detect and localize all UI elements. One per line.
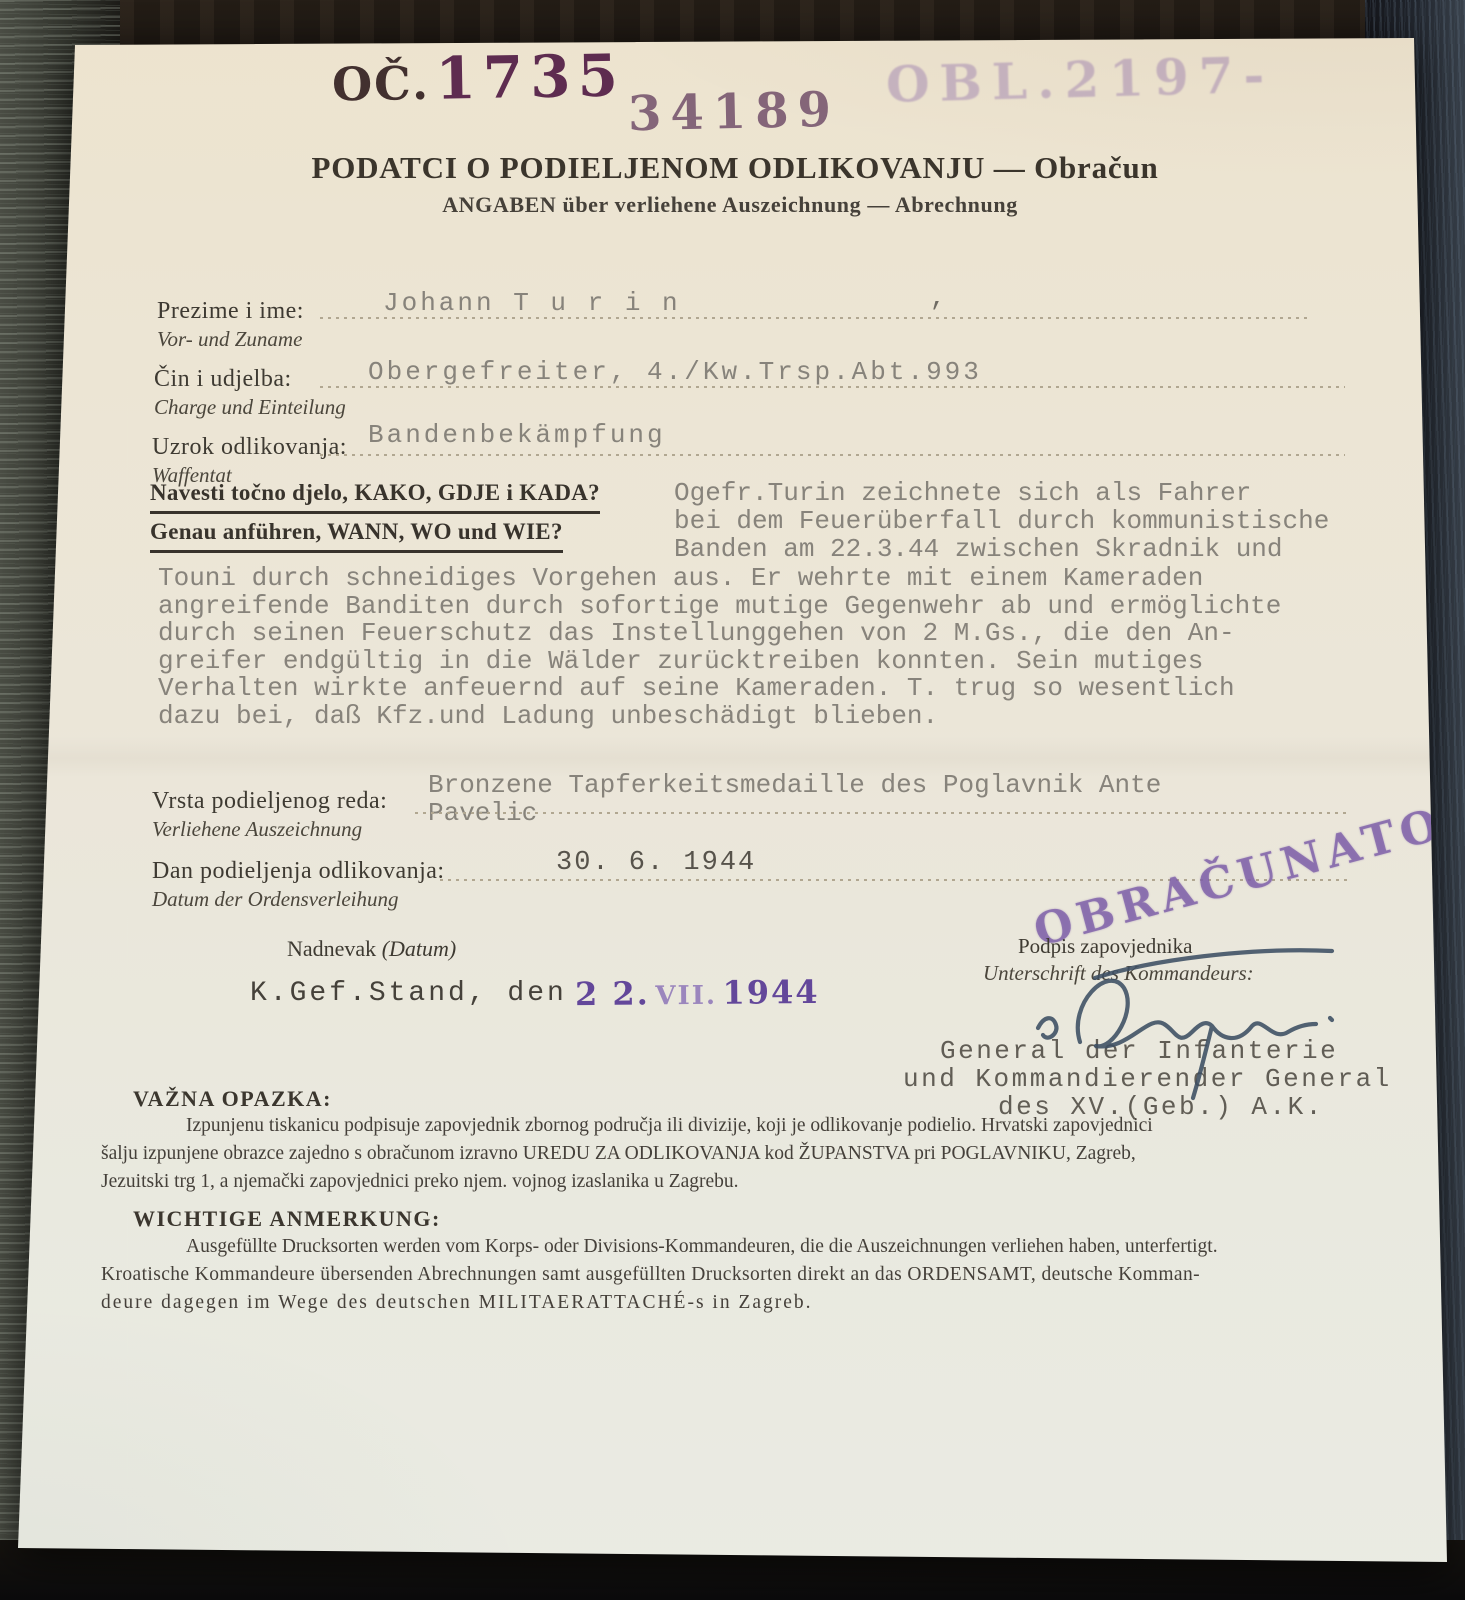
field-label-award-date-hr: Dan podieljenja odlikovanja: <box>152 858 445 885</box>
field-label-name-hr: Prezime i ime: <box>157 298 304 325</box>
field-value-award-date: 30. 6. 1944 <box>556 848 756 878</box>
stamp-issue-month: VII. <box>655 981 717 1012</box>
field-label-award-de: Verliehene Auszeichnung <box>152 817 362 842</box>
signature-typed-line: General der Infanterie <box>940 1036 1338 1066</box>
field-label-rank-hr: Čin i udjelba: <box>154 366 292 393</box>
note-heading-croatian: VAŽNA OPAZKA: <box>133 1086 332 1112</box>
form-title-german: ANGABEN über verliehene Auszeichnung — A… <box>442 192 1018 218</box>
note-line-de: Ausgefüllte Drucksorten werden vom Korps… <box>186 1236 1218 1258</box>
deed-question-croatian: Navesti točno djelo, KAKO, GDJE i KADA? <box>150 480 600 514</box>
paper-sheet: OČ. 1735 34189 OBL.2197- PODATCI O PODIE… <box>0 0 1465 1600</box>
scanned-document-photo: OČ. 1735 34189 OBL.2197- PODATCI O PODIE… <box>0 0 1465 1600</box>
note-line-de: deure dagegen im Wege des deutschen MILI… <box>101 1292 813 1314</box>
signature-typed-line: und Kommandierender General <box>903 1064 1392 1094</box>
signature-ink <box>1000 920 1380 1120</box>
signature-label-de: Unterschrift des Kommandeurs: <box>983 961 1254 986</box>
stamp-oc-prefix: OČ. <box>332 56 431 112</box>
field-label-rank-de: Charge und Einteilung <box>154 395 346 420</box>
deed-typed-line: dazu bei, daß Kfz.und Ladung unbeschädig… <box>158 701 938 731</box>
deed-typed-line: Touni durch schneidiges Vorgehen aus. Er… <box>158 563 1203 593</box>
stamp-serial-number: 34189 <box>627 82 840 142</box>
field-label-name-de: Vor- und Zuname <box>157 327 302 352</box>
issue-place-typed: K.Gef.Stand, den <box>250 978 567 1009</box>
stamp-issue-day: 2 2. <box>575 974 650 1013</box>
field-label-reason-hr: Uzrok odlikovanja: <box>152 434 347 461</box>
deed-typed-line: bei dem Feuerüberfall durch kommunistisc… <box>674 506 1329 536</box>
stamp-obracunato: OBRAČUNATO <box>1029 798 1450 957</box>
stray-comma-mark: , <box>930 283 946 313</box>
dotted-rule-name <box>320 317 1312 319</box>
note-heading-german: WICHTIGE ANMERKUNG: <box>133 1206 441 1232</box>
signature-dot <box>1330 1018 1332 1020</box>
note-line-hr: Jezuitski trg 1, a njemački zapovjednici… <box>101 1171 739 1193</box>
note-line-hr: šalju izpunjene obrazce zajedno s obraču… <box>101 1143 1136 1165</box>
deed-typed-line: durch seinen Feuerschutz das Instellungg… <box>158 618 1235 648</box>
dotted-rule-rank <box>320 386 1345 388</box>
stamp-obl-number: OBL.2197- <box>885 45 1275 114</box>
deed-question-german: Genau anführen, WANN, WO und WIE? <box>150 519 563 553</box>
form-title-croatian: PODATCI O PODIELJENOM ODLIKOVANJU — Obra… <box>311 150 1158 186</box>
dotted-rule-award-date <box>440 879 1348 881</box>
signature-main-stroke <box>1078 981 1316 1098</box>
deed-typed-line: Banden am 22.3.44 zwischen Skradnik und <box>674 534 1283 564</box>
signature-flourish-stroke <box>1095 950 1332 978</box>
stamp-oc-number: OČ. 1735 <box>331 41 625 114</box>
field-label-reason-de: Waffentat <box>152 463 232 488</box>
stamp-issue-date: 2 2. VII. 1944 <box>575 973 820 1013</box>
issue-date-label-hr: Nadnevak <box>287 936 376 961</box>
signature-initial-stroke <box>1038 1018 1056 1037</box>
field-value-rank: Obergefreiter, 4./Kw.Trsp.Abt.993 <box>368 357 982 387</box>
field-value-reason: Bandenbekämpfung <box>368 420 666 450</box>
issue-date-label-paren: (Datum) <box>382 936 457 961</box>
signature-typed-line: des XV.(Geb.) A.K. <box>998 1092 1324 1122</box>
field-value-award-line2: Pavelic <box>428 798 537 828</box>
deed-typed-line: greifer endgültig in die Wälder zurücktr… <box>158 646 1203 676</box>
signature-label-hr: Podpis zapovjednika <box>1018 934 1192 959</box>
deed-typed-line: angreifende Banditen durch sofortige mut… <box>158 591 1281 621</box>
paper-sheet-wrapper: OČ. 1735 34189 OBL.2197- PODATCI O PODIE… <box>0 0 1465 1600</box>
field-value-award-line1: Bronzene Tapferkeitsmedaille des Poglavn… <box>428 770 1161 800</box>
field-label-award-hr: Vrsta podieljenog reda: <box>152 788 387 815</box>
note-line-hr: Izpunjenu tiskanicu podpisuje zapovjedni… <box>186 1115 1153 1137</box>
issue-date-label: Nadnevak (Datum) <box>287 936 456 962</box>
dotted-rule-reason <box>320 454 1345 456</box>
stamp-oc-digits: 1735 <box>435 41 626 112</box>
field-label-award-date-de: Datum der Ordensverleihung <box>152 887 399 912</box>
field-value-name: Johann T u r i n <box>383 288 681 318</box>
dotted-rule-award <box>415 812 1348 814</box>
note-line-de: Kroatische Kommandeure übersenden Abrech… <box>101 1264 1200 1286</box>
deed-typed-line: Verhalten wirkte anfeuernd auf seine Kam… <box>158 673 1235 703</box>
stamp-issue-year: 1944 <box>722 973 819 1012</box>
deed-typed-line: Ogefr.Turin zeichnete sich als Fahrer <box>674 478 1251 508</box>
